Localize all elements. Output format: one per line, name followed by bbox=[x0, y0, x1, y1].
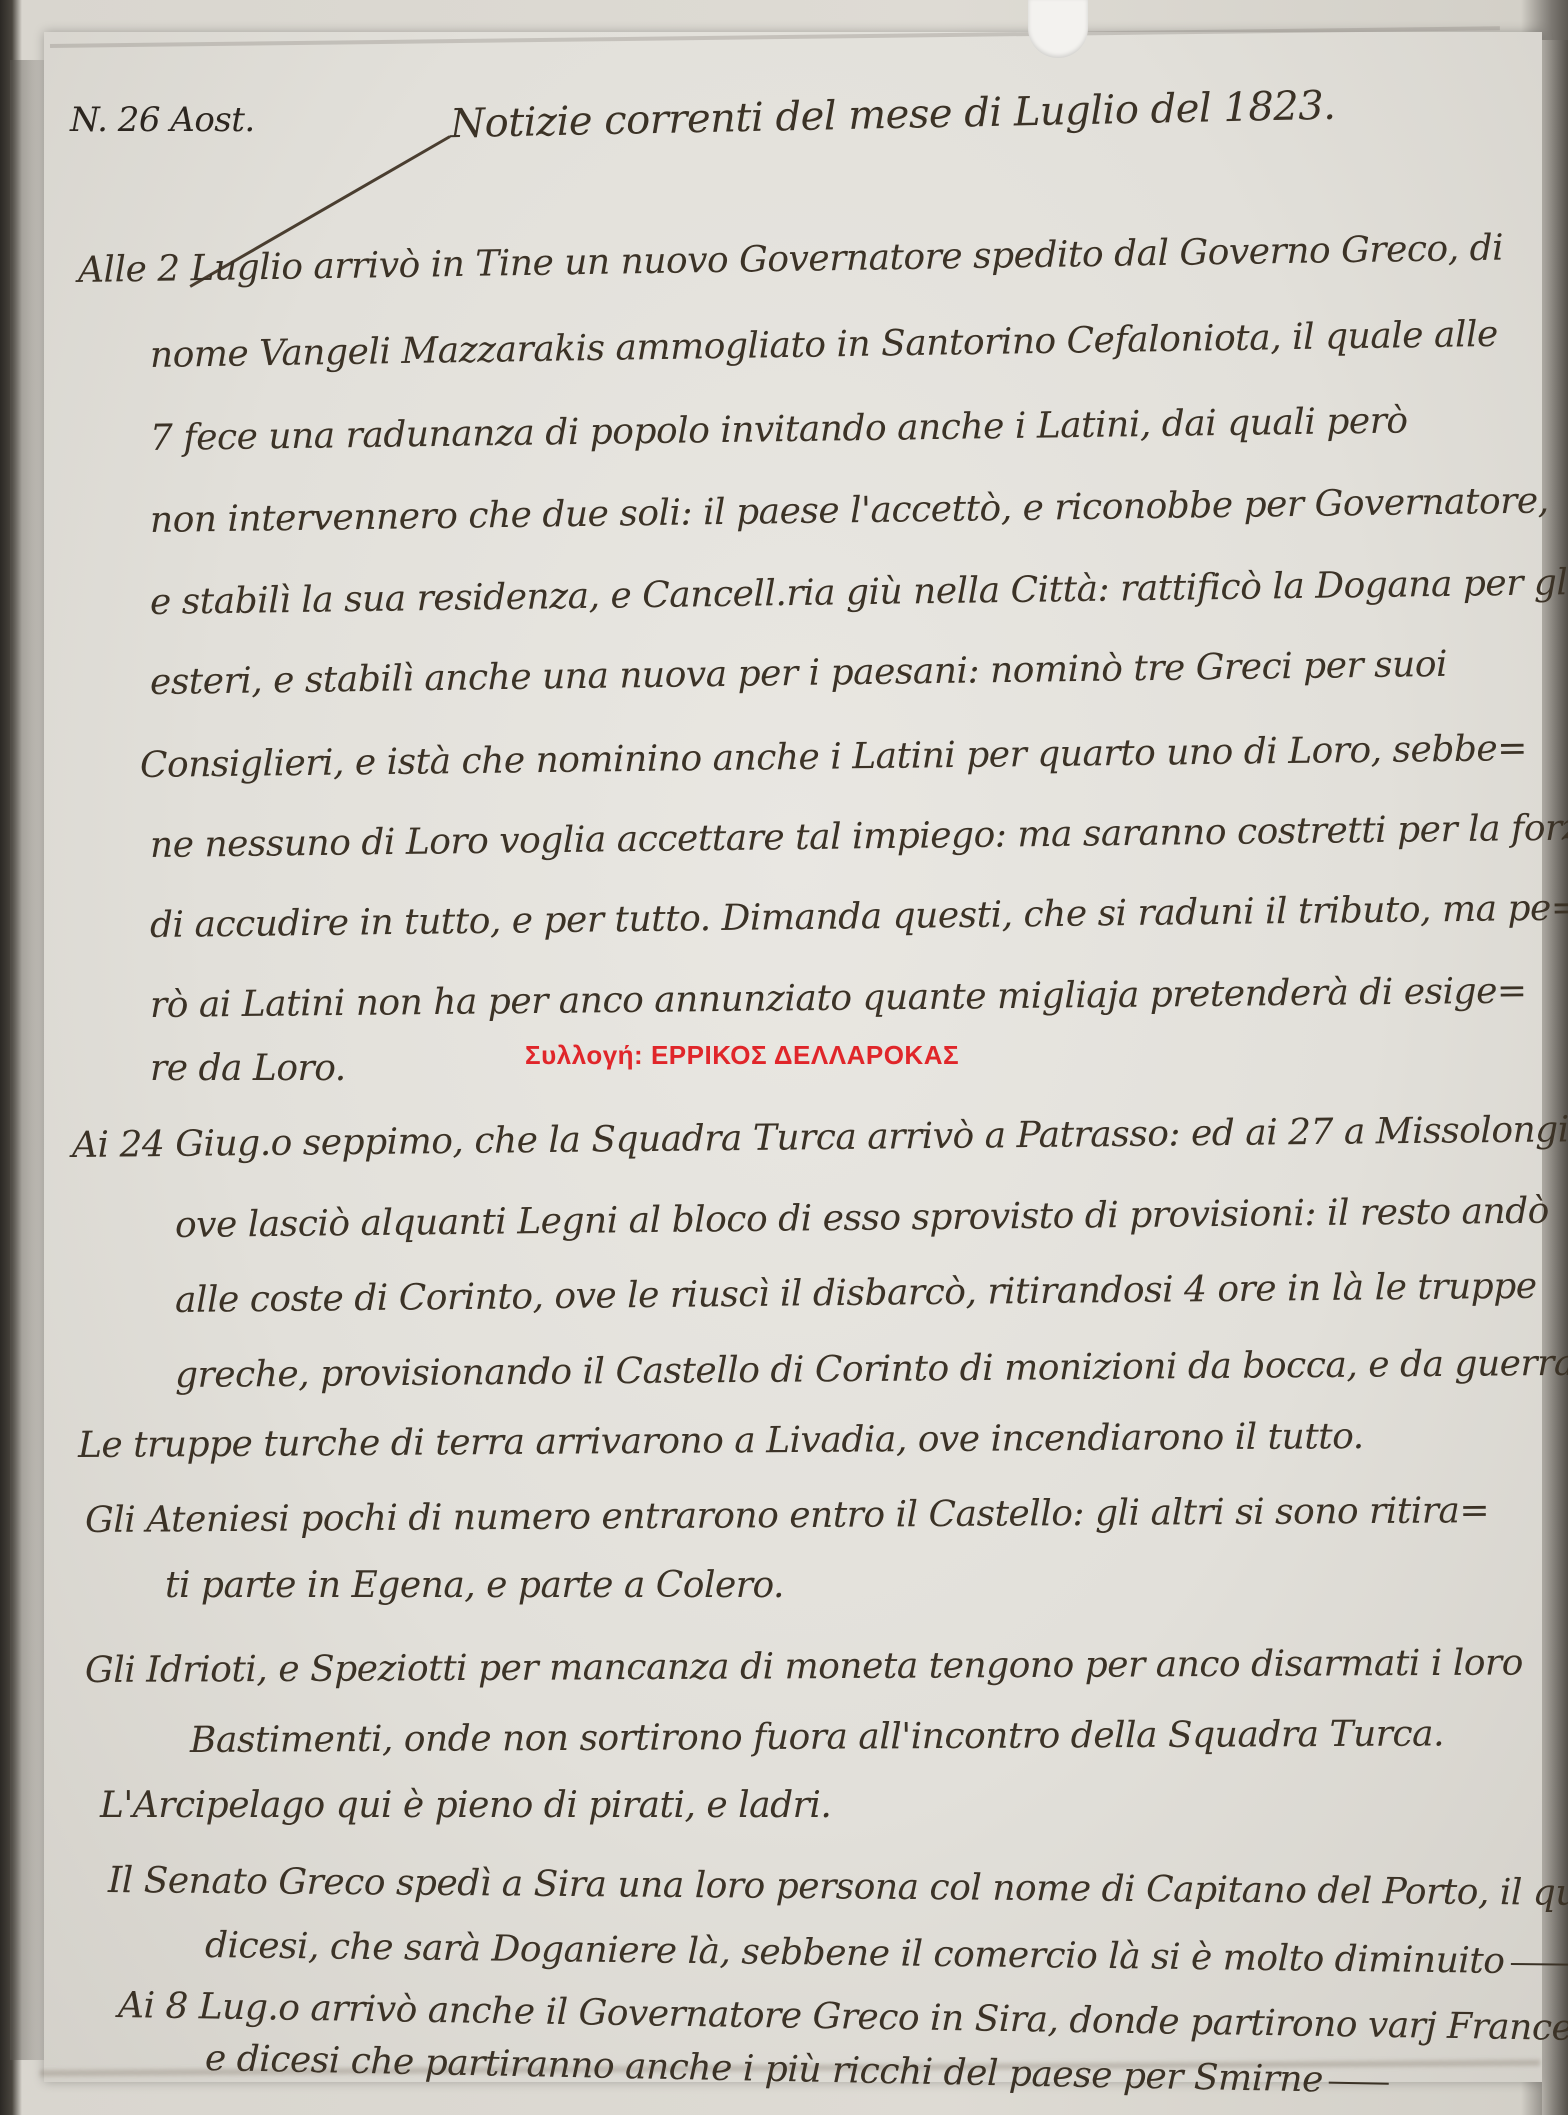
text-line: Bastimenti, onde non sortirono fuora all… bbox=[190, 1713, 1444, 1761]
collection-watermark: Συλλογή: ΕΡΡΙΚΟΣ ΔΕΛΛΑΡΟΚΑΣ bbox=[525, 1040, 959, 1071]
page-edge-shadow-right bbox=[1542, 40, 1568, 2115]
document-photo: N. 26 Aost. Notizie correnti del mese di… bbox=[0, 0, 1568, 2115]
line-end-stroke bbox=[1329, 2082, 1389, 2085]
binding-hole bbox=[1028, 0, 1088, 58]
page-edge-shadow-left bbox=[10, 60, 46, 2060]
line-end-stroke bbox=[1510, 1963, 1568, 1966]
document-reference-number: N. 26 Aost. bbox=[70, 100, 255, 140]
text-line: ti parte in Egena, e parte a Colero. bbox=[165, 1565, 784, 1606]
text-line: Gli Idrioti, e Speziotti per mancanza di… bbox=[85, 1642, 1523, 1691]
text-line: re da Loro. bbox=[150, 1048, 346, 1089]
text-line: L'Arcipelago qui è pieno di pirati, e la… bbox=[100, 1785, 831, 1826]
